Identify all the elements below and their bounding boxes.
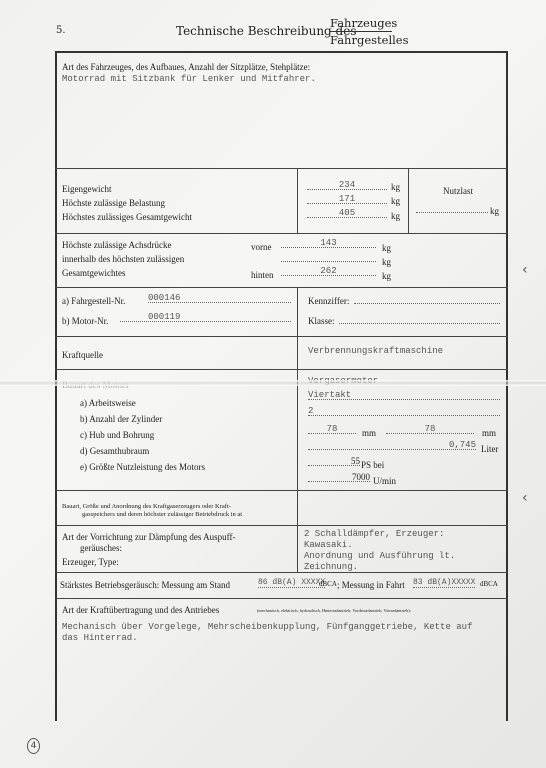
column-divider — [297, 168, 298, 233]
eigengewicht-label: Eigengewicht — [62, 184, 111, 194]
kg-unit: kg — [391, 196, 400, 206]
divider — [55, 369, 508, 370]
transmission-note: (mechanisch, elektrisch, hydraulisch, Hi… — [257, 608, 411, 613]
front-axle-field[interactable]: 143 — [281, 238, 376, 248]
margin-mark: ‹ — [522, 262, 528, 278]
chassis-number-field[interactable]: 000146 — [148, 293, 291, 303]
liter-unit: Liter — [481, 444, 499, 454]
kg-unit: kg — [382, 243, 391, 253]
zylinder-label: b) Anzahl der Zylinder — [80, 414, 162, 424]
noise-fahrt-unit-struck: dBCA — [480, 580, 498, 588]
hub-bohrung-label: c) Hub und Bohrung — [80, 430, 154, 440]
transmission-label: Art der Kraftübertragung und des Antrieb… — [62, 605, 219, 615]
divider — [55, 525, 508, 526]
leistung-label: e) Größte Nutzleistung des Motors — [80, 462, 205, 472]
kg-unit: kg — [382, 257, 391, 267]
arbeitsweise-field[interactable]: Viertakt — [308, 390, 500, 400]
motor-number-field[interactable]: 000119 — [120, 312, 291, 322]
axle-label-line1: Höchste zulässige Achsdrücke — [62, 240, 171, 250]
chassis-number-label: a) Fahrgestell-Nr. — [62, 296, 125, 306]
rpm-unit: U/min — [373, 476, 396, 486]
kg-unit: kg — [391, 211, 400, 221]
kennziffer-field[interactable] — [354, 294, 500, 304]
exhaust-label-line3: Erzeuger, Type: — [62, 557, 119, 567]
handwritten-page-number: 4 — [27, 738, 40, 754]
gas-generator-label-line2: gasspeichers und deren höchster zulässig… — [82, 511, 242, 518]
page-number: 5. — [56, 25, 66, 36]
power-source-value: Verbrennungskraftmaschine — [308, 346, 443, 356]
kennziffer-label: Kennziffer: — [308, 296, 349, 306]
arbeitsweise-label: a) Arbeitsweise — [80, 398, 136, 408]
klasse-field[interactable] — [339, 314, 500, 324]
column-divider — [297, 287, 298, 572]
noise-stand-unit-struck: dBCA — [319, 580, 337, 588]
hub-field[interactable]: 78 — [308, 424, 356, 434]
ps-unit: PS bei — [361, 460, 384, 470]
title-fraction-top: Fahrzeuges — [330, 16, 392, 32]
transmission-value-line2: das Hinterrad. — [62, 633, 138, 643]
divider — [55, 572, 508, 573]
margin-mark: ‹ — [522, 490, 528, 506]
belastung-field[interactable]: 171 — [307, 194, 387, 204]
gesamtgewicht-field[interactable]: 405 — [307, 208, 387, 218]
hubraum-field[interactable]: 0,745 — [308, 440, 476, 450]
divider — [55, 287, 508, 288]
exhaust-value-line4: Zeichnung. — [304, 562, 358, 572]
divider — [55, 336, 508, 337]
bohrung-field[interactable]: 78 — [386, 424, 474, 434]
exhaust-value-line2: Kawasaki. — [304, 540, 353, 550]
rear-axle-field[interactable]: 262 — [281, 266, 376, 276]
kg-unit: kg — [382, 271, 391, 281]
middle-axle-field[interactable] — [281, 252, 376, 262]
exhaust-label-line2: geräusches: — [80, 543, 122, 553]
column-divider — [408, 168, 409, 233]
nutzlast-field[interactable] — [416, 203, 488, 213]
power-source-label: Kraftquelle — [62, 350, 103, 360]
axle-label-line3: Gesamtgewichtes — [62, 268, 125, 278]
divider — [55, 168, 508, 169]
klasse-label: Klasse: — [308, 316, 335, 326]
hubraum-label: d) Gesamthubraum — [80, 446, 149, 456]
noise-fahrt-field[interactable]: 83 dB(A)XXXXX — [413, 578, 475, 588]
drehzahl-field[interactable]: 7000 — [308, 472, 370, 482]
noise-fahrt-label: ; Messung in Fahrt — [337, 580, 405, 590]
divider — [55, 233, 508, 234]
exhaust-value-line1: 2 Schalldämpfer, Erzeuger: — [304, 529, 444, 539]
mm-unit: mm — [362, 428, 376, 438]
zylinder-field[interactable]: 2 — [308, 406, 500, 416]
motor-number-label: b) Motor-Nr. — [62, 316, 108, 326]
axle-label-line2: innerhalb des höchsten zulässigen — [62, 254, 184, 264]
gas-generator-label-line1: Bauart, Größe und Anordnung des Kraftgas… — [62, 503, 231, 510]
kg-unit: kg — [490, 206, 499, 216]
title-fraction-bottom: Fahrgestelles — [330, 32, 392, 47]
nutzlast-label: Nutzlast — [443, 186, 473, 196]
rear-axle-label: hinten — [251, 270, 274, 280]
transmission-value-line1: Mechanisch über Vorgelege, Mehrscheibenk… — [62, 622, 472, 632]
divider — [55, 490, 508, 491]
gesamtgewicht-label: Höchstes zulässiges Gesamtgewicht — [62, 212, 192, 222]
divider — [55, 598, 508, 599]
kg-unit: kg — [391, 182, 400, 192]
exhaust-value-line3: Anordnung und Ausführung lt. — [304, 551, 455, 561]
belastung-label: Höchste zulässige Belastung — [62, 198, 165, 208]
noise-label: Stärkstes Betriebsgeräusch: Messung am S… — [60, 580, 230, 590]
paper-fold — [0, 380, 546, 386]
leistung-field[interactable]: 55 — [308, 456, 360, 466]
vehicle-type-value: Motorrad mit Sitzbank für Lenker und Mit… — [62, 74, 316, 84]
eigengewicht-field[interactable]: 234 — [307, 180, 387, 190]
front-axle-label: vorne — [251, 242, 272, 252]
mm-unit: mm — [482, 428, 496, 438]
title-fraction: Fahrzeuges Fahrgestelles — [330, 16, 392, 47]
vehicle-type-label: Art des Fahrzeuges, des Aufbaues, Anzahl… — [62, 62, 310, 72]
exhaust-label-line1: Art der Vorrichtung zur Dämpfung des Aus… — [62, 532, 235, 542]
noise-stand-field[interactable]: 86 dB(A) XXXXX — [258, 578, 325, 588]
